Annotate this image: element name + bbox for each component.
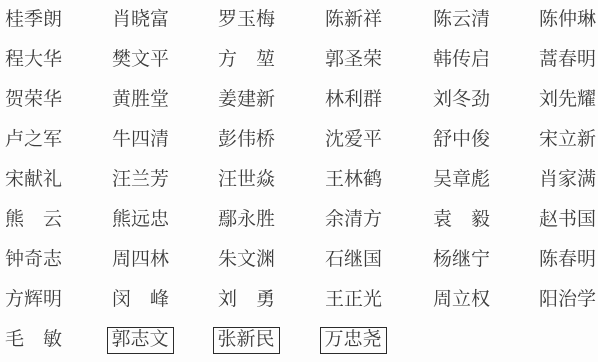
name-text: 陈春明 [539,249,596,271]
name-cell: 贺荣华 [5,80,62,120]
name-text: 蒿春明 [539,49,596,71]
name-text: 钟奇志 [5,249,62,271]
name-text: 杨继宁 [433,249,490,271]
name-row: 钟奇志周四林朱文渊石继国杨继宁陈春明 [0,240,598,280]
name-cell: 林利群 [325,80,382,120]
name-cell: 蒿春明 [539,40,596,80]
name-text: 闵 峰 [112,289,169,311]
name-cell: 张新民 [218,320,280,360]
name-text: 舒中俊 [433,129,490,151]
name-cell: 舒中俊 [433,120,490,160]
name-cell: 肖家满 [539,160,596,200]
name-cell: 王林鹤 [325,160,382,200]
name-cell: 郭志文 [112,320,174,360]
name-cell: 黄胜堂 [112,80,169,120]
name-cell: 杨继宁 [433,240,490,280]
name-cell: 刘 勇 [218,280,275,320]
name-row: 贺荣华黄胜堂姜建新林利群刘冬劲刘先耀 [0,80,598,120]
name-text: 鄢永胜 [218,209,275,231]
name-cell: 毛 敏 [5,320,62,360]
name-text: 彭伟桥 [218,129,275,151]
name-text: 肖家满 [539,169,596,191]
name-text: 程大华 [5,49,62,71]
name-row: 卢之军牛四清彭伟桥沈爱平舒中俊宋立新 [0,120,598,160]
name-text: 余清方 [325,209,382,231]
name-cell: 程大华 [5,40,62,80]
name-cell: 桂季朗 [5,0,62,40]
name-cell: 阳治学 [539,280,596,320]
name-cell: 陈云清 [433,0,490,40]
name-text: 石继国 [325,249,382,271]
name-cell: 熊远忠 [112,200,169,240]
name-cell: 熊 云 [5,200,62,240]
name-text: 王正光 [325,289,382,311]
name-text: 刘先耀 [539,89,596,111]
name-cell: 石继国 [325,240,382,280]
name-cell: 罗玉梅 [218,0,275,40]
name-cell: 万忠尧 [325,320,387,360]
name-text: 陈新祥 [325,9,382,31]
name-text: 陈云清 [433,9,490,31]
name-cell: 卢之军 [5,120,62,160]
name-cell: 陈春明 [539,240,596,280]
name-cell: 陈新祥 [325,0,382,40]
name-cell: 钟奇志 [5,240,62,280]
name-text: 桂季朗 [5,9,62,31]
name-cell: 姜建新 [218,80,275,120]
name-text: 林利群 [325,89,382,111]
name-row: 毛 敏郭志文张新民万忠尧 [0,320,598,360]
name-cell: 刘冬劲 [433,80,490,120]
name-text: 汪世焱 [218,169,275,191]
name-cell: 闵 峰 [112,280,169,320]
name-text: 刘冬劲 [433,89,490,111]
name-text: 阳治学 [539,289,596,311]
name-text: 郭圣荣 [325,49,382,71]
name-text: 王林鹤 [325,169,382,191]
name-text: 罗玉梅 [218,9,275,31]
name-cell: 陈仲琳 [539,0,596,40]
name-text: 陈仲琳 [539,9,596,31]
name-cell: 余清方 [325,200,382,240]
name-text: 朱文渊 [218,249,275,271]
name-text: 熊 云 [5,209,62,231]
name-cell: 汪兰芳 [112,160,169,200]
scanned-name-list-page: 桂季朗肖晓富罗玉梅陈新祥陈云清陈仲琳程大华樊文平方 堃郭圣荣韩传启蒿春明贺荣华黄… [0,0,598,362]
name-row: 宋献礼汪兰芳汪世焱王林鹤吴章彪肖家满 [0,160,598,200]
name-text: 樊文平 [112,49,169,71]
name-cell: 方辉明 [5,280,62,320]
name-cell: 赵书国 [539,200,596,240]
name-text: 宋立新 [539,129,596,151]
boxed-name-text: 张新民 [213,327,280,354]
name-cell: 周四林 [112,240,169,280]
name-cell: 吴章彪 [433,160,490,200]
name-text: 卢之军 [5,129,62,151]
name-cell: 韩传启 [433,40,490,80]
name-row: 熊 云熊远忠鄢永胜余清方袁 毅赵书国 [0,200,598,240]
name-cell: 王正光 [325,280,382,320]
name-text: 汪兰芳 [112,169,169,191]
boxed-name-text: 郭志文 [107,327,174,354]
name-cell: 袁 毅 [433,200,490,240]
name-cell: 朱文渊 [218,240,275,280]
name-cell: 周立权 [433,280,490,320]
name-cell: 宋献礼 [5,160,62,200]
name-text: 姜建新 [218,89,275,111]
name-text: 刘 勇 [218,289,275,311]
name-text: 周四林 [112,249,169,271]
name-text: 方辉明 [5,289,62,311]
name-cell: 郭圣荣 [325,40,382,80]
name-row: 程大华樊文平方 堃郭圣荣韩传启蒿春明 [0,40,598,80]
name-cell: 彭伟桥 [218,120,275,160]
name-text: 韩传启 [433,49,490,71]
name-text: 毛 敏 [5,329,62,351]
name-text: 肖晓富 [112,9,169,31]
name-cell: 肖晓富 [112,0,169,40]
name-cell: 沈爱平 [325,120,382,160]
name-cell: 方 堃 [218,40,275,80]
name-text: 宋献礼 [5,169,62,191]
name-row: 桂季朗肖晓富罗玉梅陈新祥陈云清陈仲琳 [0,0,598,40]
name-text: 吴章彪 [433,169,490,191]
name-text: 袁 毅 [433,209,490,231]
boxed-name-text: 万忠尧 [320,327,387,354]
name-cell: 汪世焱 [218,160,275,200]
name-text: 牛四清 [112,129,169,151]
names-grid: 桂季朗肖晓富罗玉梅陈新祥陈云清陈仲琳程大华樊文平方 堃郭圣荣韩传启蒿春明贺荣华黄… [0,0,598,360]
name-text: 方 堃 [218,49,275,71]
name-text: 沈爱平 [325,129,382,151]
name-text: 周立权 [433,289,490,311]
name-cell: 刘先耀 [539,80,596,120]
name-cell: 鄢永胜 [218,200,275,240]
name-cell: 樊文平 [112,40,169,80]
name-cell: 牛四清 [112,120,169,160]
name-row: 方辉明闵 峰刘 勇王正光周立权阳治学 [0,280,598,320]
name-cell: 宋立新 [539,120,596,160]
name-text: 贺荣华 [5,89,62,111]
name-text: 黄胜堂 [112,89,169,111]
name-text: 赵书国 [539,209,596,231]
name-text: 熊远忠 [112,209,169,231]
